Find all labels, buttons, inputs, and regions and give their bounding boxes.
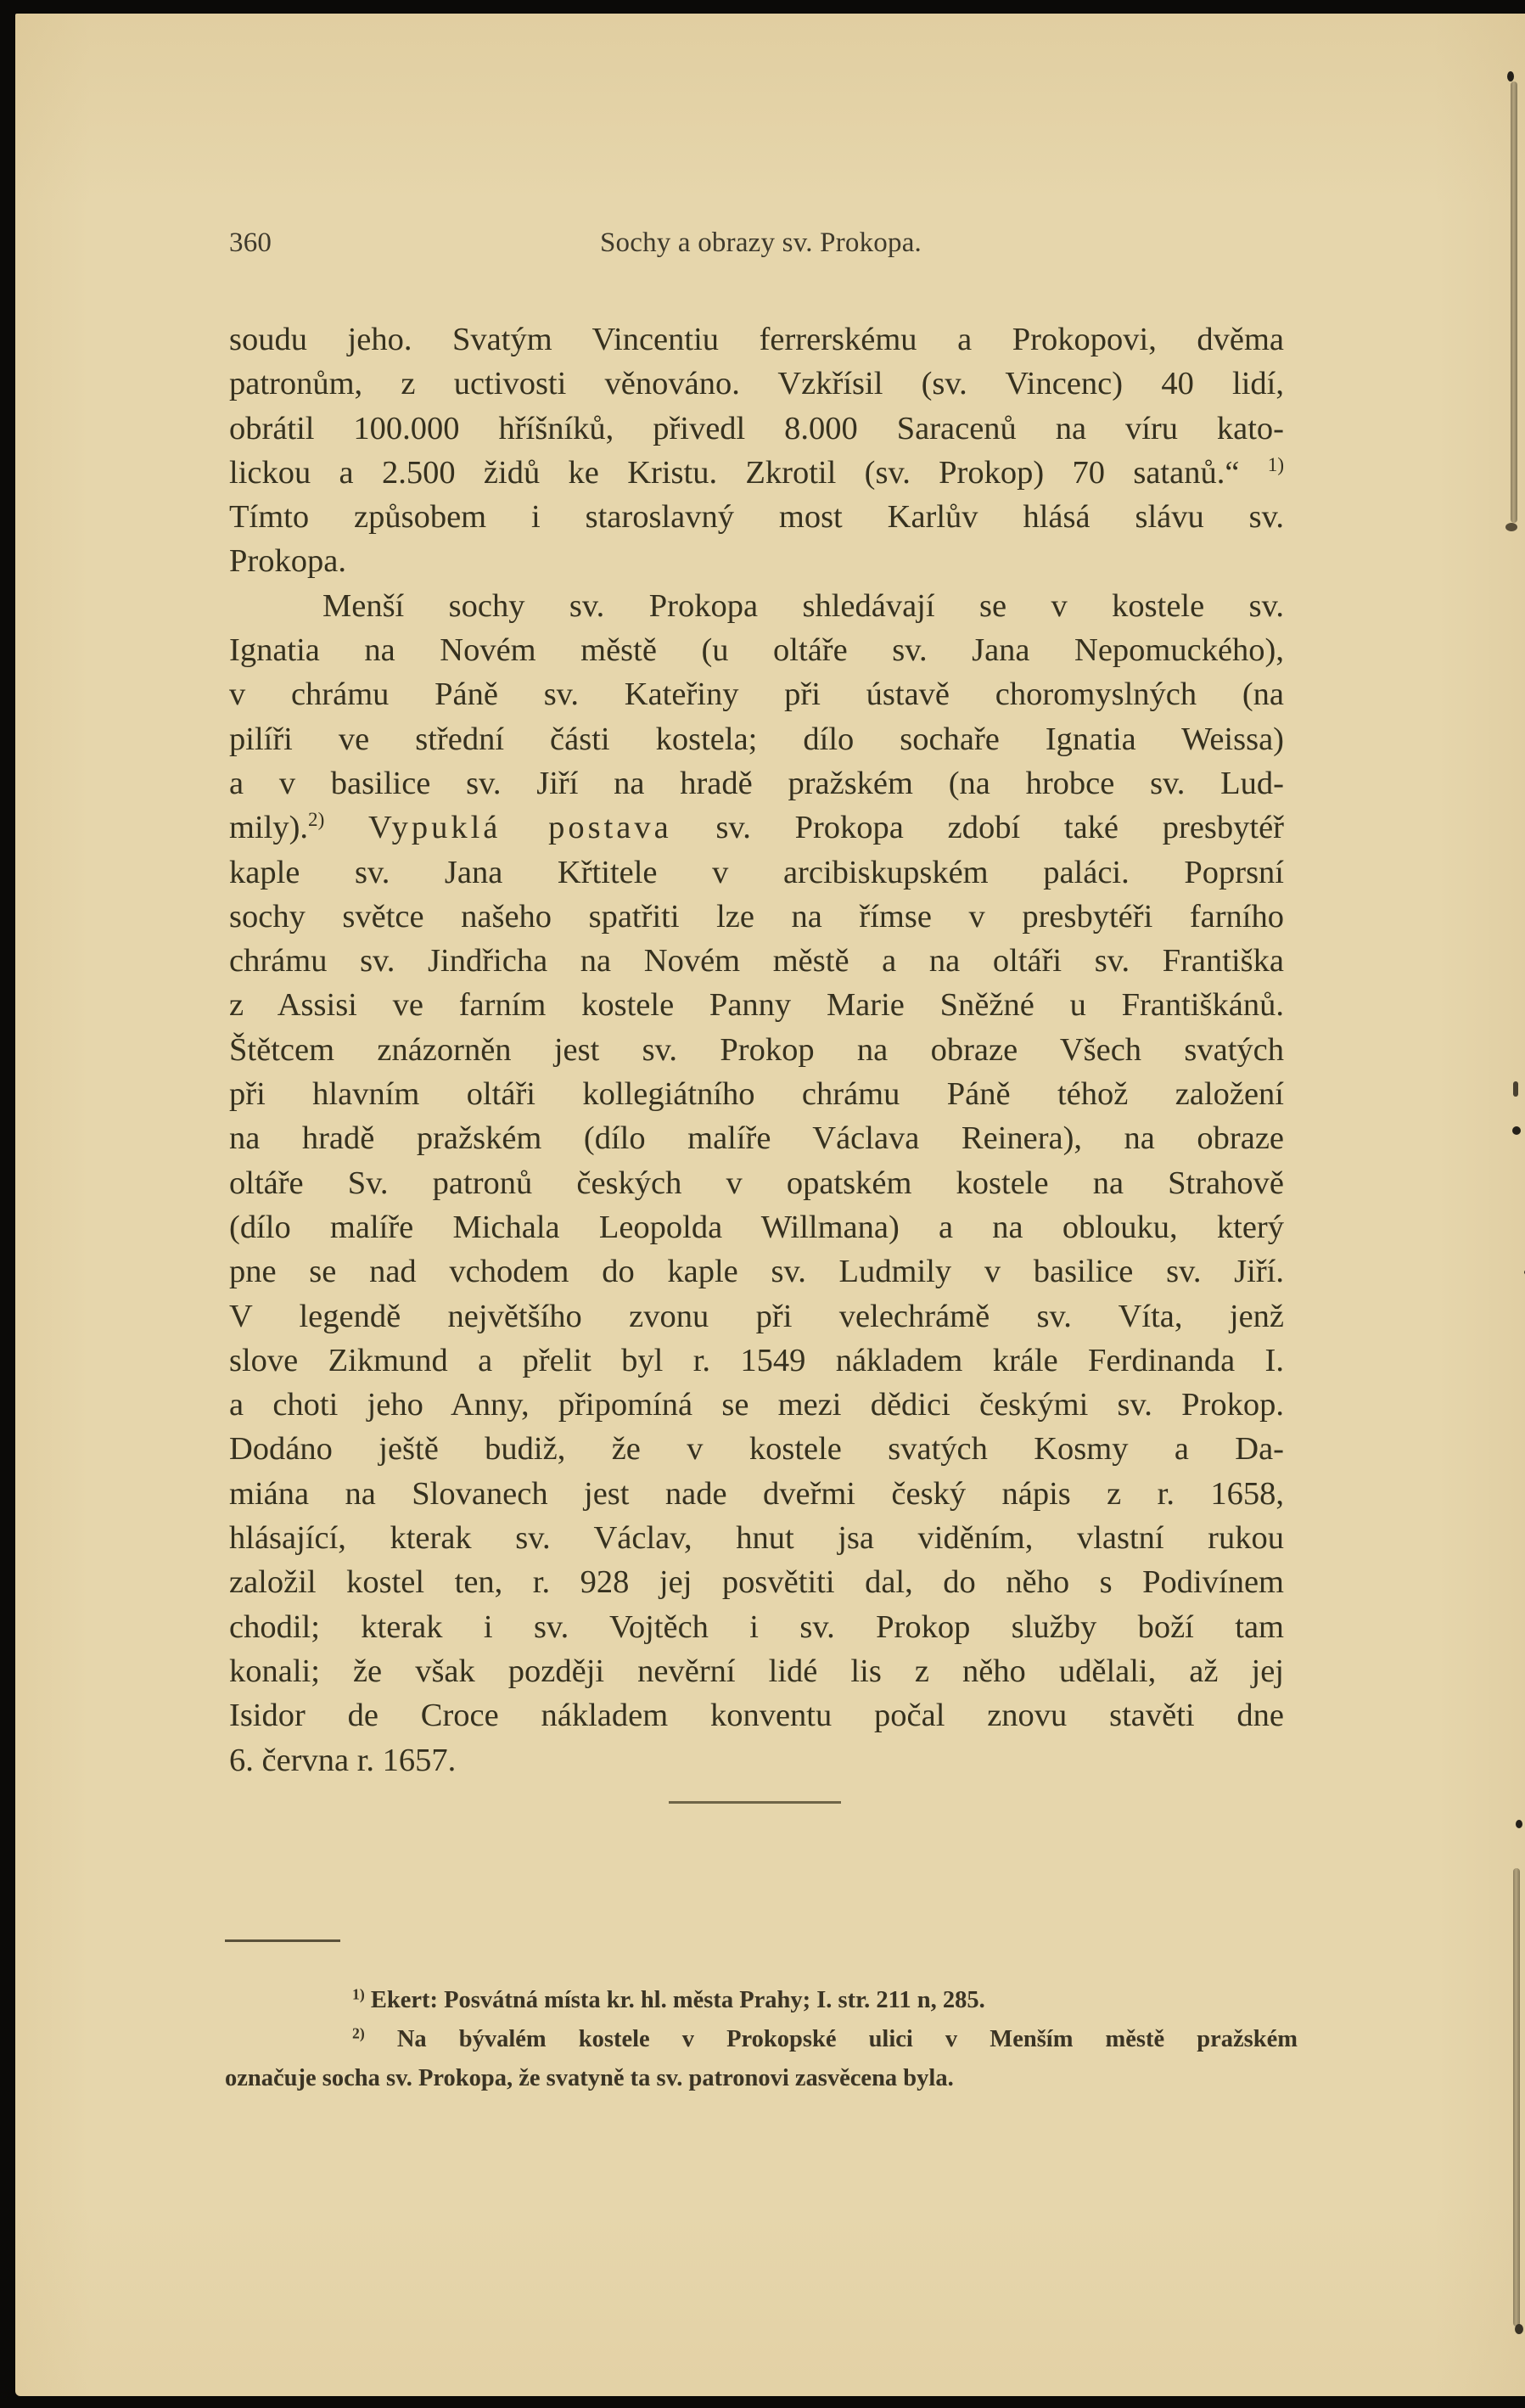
scan-speck	[1512, 1126, 1521, 1135]
footnote-2-continuation: označuje socha sv. Prokopa, že svatyně t…	[225, 2059, 1298, 2098]
body-line: soudu jeho. Svatým Vincentiu ferrerskému…	[229, 317, 1284, 362]
body-line: v chrámu Páně sv. Kateřiny při ústavě ch…	[229, 672, 1284, 716]
body-line: na hradě pražském (dílo malíře Václava R…	[229, 1116, 1284, 1160]
footnote-mark: 1)	[352, 1985, 365, 2002]
body-line: slove Zikmund a přelit byl r. 1549 nákla…	[229, 1339, 1284, 1383]
section-divider	[669, 1801, 841, 1804]
body-line: Tímto způsobem i staroslavný most Karlův…	[229, 495, 1284, 539]
body-line: 6. června r. 1657.	[229, 1738, 1284, 1782]
spaced-emphasis: Vypuklá postava	[368, 810, 672, 845]
footnote-text: Ekert: Posvátná místa kr. hl. města Prah…	[371, 1987, 985, 2013]
footnote-2: 2) Na bývalém kostele v Prokopské ulici …	[225, 2020, 1298, 2059]
body-line: chodil; kterak i sv. Vojtěch i sv. Proko…	[229, 1605, 1284, 1649]
body-line: kaple sv. Jana Křtitele v arcibiskupském…	[229, 850, 1284, 895]
body-line: hlásající, kterak sv. Václav, hnut jsa v…	[229, 1516, 1284, 1560]
scanned-page: 360 Sochy a obrazy sv. Prokopa. soudu je…	[15, 14, 1525, 2396]
body-line: a choti jeho Anny, připomíná se mezi děd…	[229, 1383, 1284, 1427]
body-line-text: mily).	[229, 810, 308, 845]
running-head: 360 Sochy a obrazy sv. Prokopa.	[229, 227, 1284, 270]
body-line: chrámu sv. Jindřicha na Novém městě a na…	[229, 939, 1284, 983]
paragraph-start-line: Menší sochy sv. Prokopa shledávají se v …	[229, 584, 1284, 628]
body-line-text: lickou a 2.500 židů ke Kristu. Zkrotil (…	[229, 455, 1239, 491]
body-line-with-footnote: mily).2) Vypuklá postava sv. Prokopa zdo…	[229, 805, 1284, 850]
body-text: soudu jeho. Svatým Vincentiu ferrerskému…	[229, 317, 1284, 1782]
body-line-with-footnote: lickou a 2.500 židů ke Kristu. Zkrotil (…	[229, 451, 1284, 495]
binding-mark-top	[1511, 81, 1517, 523]
running-title: Sochy a obrazy sv. Prokopa.	[229, 227, 1284, 259]
scan-speck	[1515, 2324, 1523, 2334]
footnote-1: 1) Ekert: Posvátná místa kr. hl. města P…	[225, 1981, 1298, 2020]
body-line: Prokopa.	[229, 539, 1284, 583]
footnote-reference-1[interactable]: 1)	[1268, 453, 1284, 475]
body-line: pne se nad vchodem do kaple sv. Ludmily …	[229, 1249, 1284, 1294]
body-line: sochy světce našeho spatřiti lze na říms…	[229, 895, 1284, 939]
body-line: při hlavním oltáři kollegiátního chrámu …	[229, 1072, 1284, 1116]
footnotes: 1) Ekert: Posvátná místa kr. hl. města P…	[225, 1981, 1298, 2098]
body-line: (dílo malíře Michala Leopolda Willmana) …	[229, 1205, 1284, 1249]
scan-speck	[1513, 1081, 1518, 1097]
body-line: konali; že však později nevěrní lidé lis…	[229, 1649, 1284, 1693]
body-line: založil kostel ten, r. 928 jej posvětiti…	[229, 1560, 1284, 1604]
body-line: V legendě největšího zvonu při velechrám…	[229, 1294, 1284, 1339]
scan-speck	[1516, 1820, 1522, 1828]
footnote-mark: 2)	[352, 2024, 365, 2041]
scan-speck	[1507, 71, 1514, 81]
body-line: pilíři ve střední části kostela; dílo so…	[229, 717, 1284, 761]
footnote-reference-2[interactable]: 2)	[308, 808, 324, 830]
footnote-rule	[225, 1939, 340, 1942]
body-line: a v basilice sv. Jiří na hradě pražském …	[229, 761, 1284, 805]
body-line: miána na Slovanech jest nade dveřmi česk…	[229, 1472, 1284, 1516]
body-line: oltáře Sv. patronů českých v opatském ko…	[229, 1161, 1284, 1205]
body-line: patronům, z uctivosti věnováno. Vzkřísil…	[229, 362, 1284, 406]
body-line: Dodáno ještě budiž, že v kostele svatých…	[229, 1427, 1284, 1471]
body-line-text: sv. Prokopa zdobí také presbytéř	[715, 810, 1284, 845]
binding-mark-bottom	[1513, 1868, 1520, 2327]
body-line: Isidor de Croce nákladem konventu počal …	[229, 1693, 1284, 1737]
footnote-text: Na bývalém kostele v Prokopské ulici v M…	[397, 2026, 1298, 2052]
body-line: z Assisi ve farním kostele Panny Marie S…	[229, 983, 1284, 1027]
body-line: obrátil 100.000 hříšníků, přivedl 8.000 …	[229, 407, 1284, 451]
body-line: Štětcem znázorněn jest sv. Prokop na obr…	[229, 1028, 1284, 1072]
scan-speck	[1505, 523, 1517, 531]
body-line: Ignatia na Novém městě (u oltáře sv. Jan…	[229, 628, 1284, 672]
